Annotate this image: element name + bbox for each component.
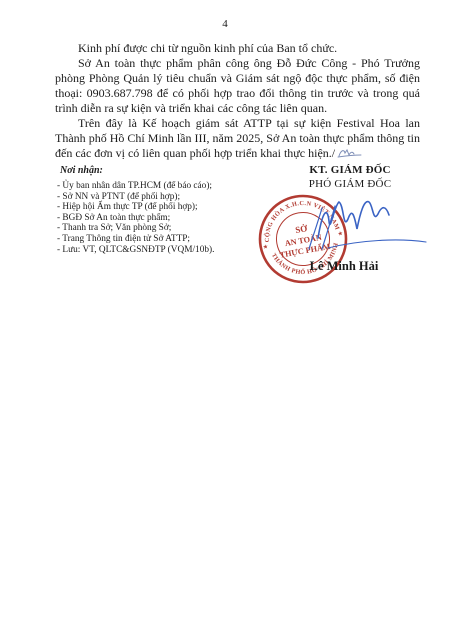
paragraph-assignment: Sở An toàn thực phẩm phân công ông Đỗ Đứ… xyxy=(55,56,420,116)
recipient-item: Hiệp hội Ẩm thực TP (để phối hợp); xyxy=(57,202,272,213)
paragraph-closing-text: Trên đây là Kế hoạch giám sát ATTP tại s… xyxy=(55,116,420,160)
recipients-block: Nơi nhận: Ủy ban nhân dân TP.HCM (để báo… xyxy=(57,165,272,255)
recipient-item: Trang Thông tin điện tử Sở ATTP; xyxy=(57,234,272,245)
document-page: 4 Kinh phí được chi từ nguồn kinh phí củ… xyxy=(0,0,450,636)
paragraph-funding: Kinh phí được chi từ nguồn kinh phí của … xyxy=(55,41,420,56)
signature-title-line1: KT. GIÁM ĐỐC xyxy=(280,164,420,176)
handwritten-paraph-mark xyxy=(336,147,362,159)
recipients-list: Ủy ban nhân dân TP.HCM (để báo cáo); Sở … xyxy=(57,181,272,255)
stamp-star-left-icon: ★ xyxy=(262,243,269,251)
recipient-item: Thanh tra Sở; Văn phòng Sở; xyxy=(57,223,272,234)
signature-scribble xyxy=(298,192,433,257)
recipient-item: Ủy ban nhân dân TP.HCM (để báo cáo); xyxy=(57,181,272,192)
paragraph-closing: Trên đây là Kế hoạch giám sát ATTP tại s… xyxy=(55,116,420,161)
page-number: 4 xyxy=(0,18,450,30)
signature-title-line2: PHÓ GIÁM ĐỐC xyxy=(280,178,420,190)
signer-name: Lê Minh Hải xyxy=(274,259,414,274)
recipient-item: BGĐ Sở An toàn thực phẩm; xyxy=(57,213,272,224)
recipient-item: Sở NN và PTNT (để phối hợp); xyxy=(57,192,272,203)
recipients-heading: Nơi nhận: xyxy=(60,165,272,176)
recipient-item: Lưu: VT, QLTC&GSNĐTP (VQM/10b). xyxy=(57,245,272,256)
document-body: Kinh phí được chi từ nguồn kinh phí của … xyxy=(55,41,420,161)
